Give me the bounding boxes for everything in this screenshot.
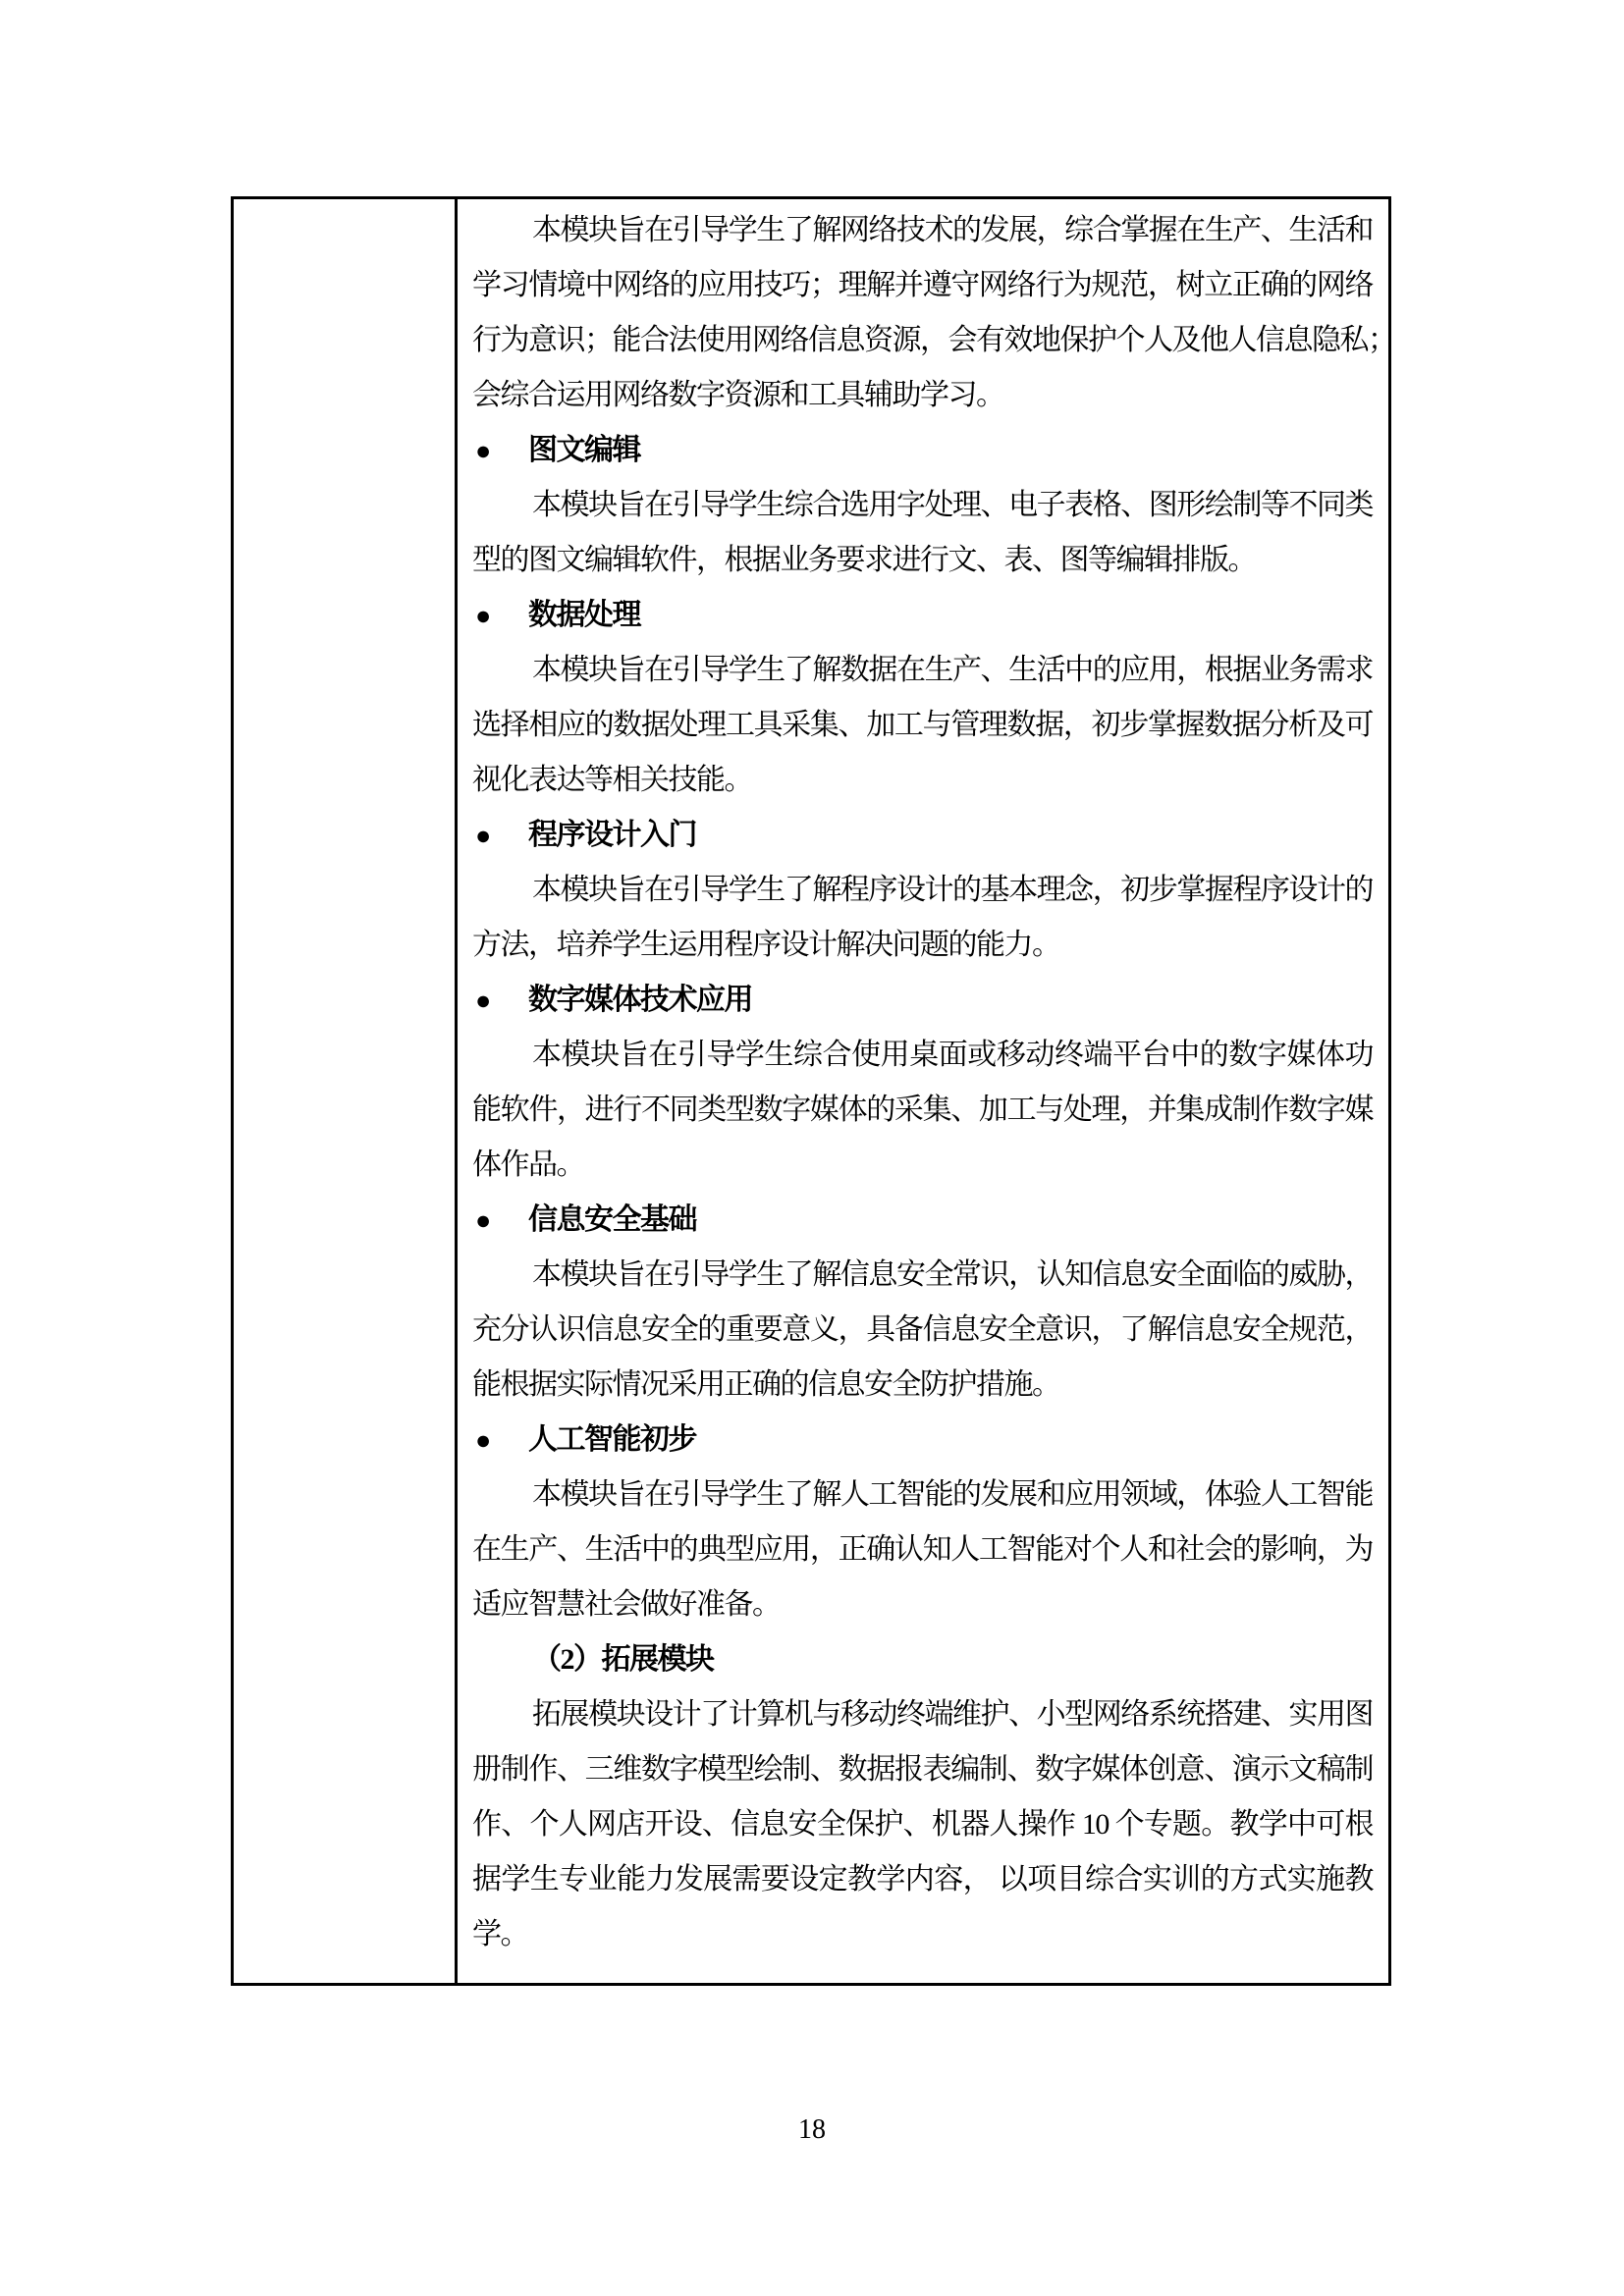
paragraph-line: 方法，培养学生运用程序设计解决问题的能力。	[472, 918, 1373, 973]
paragraph-line: 作、个人网店开设、信息安全保护、机器人操作 10 个专题。教学中可根	[472, 1797, 1373, 1852]
table-main-cell: 本模块旨在引导学生了解网络技术的发展，综合掌握在生产、生活和学习情境中网络的应用…	[458, 199, 1388, 1983]
table-left-cell	[234, 199, 458, 1983]
paragraph-line: 充分认识信息安全的重要意义，具备信息安全意识，了解信息安全规范，	[472, 1303, 1373, 1358]
bullet-item: ●图文编辑	[472, 423, 1373, 478]
paragraph-line: 本模块旨在引导学生综合使用桌面或移动终端平台中的数字媒体功	[472, 1028, 1373, 1083]
paragraph-line: 本模块旨在引导学生了解程序设计的基本理念，初步掌握程序设计的	[472, 863, 1373, 918]
bullet-icon: ●	[472, 808, 528, 863]
paragraph-line: 本模块旨在引导学生了解数据在生产、生活中的应用，根据业务需求	[472, 643, 1373, 698]
page-number: 18	[0, 2112, 1624, 2148]
bullet-icon: ●	[472, 423, 528, 478]
paragraph-line: 会综合运用网络数字资源和工具辅助学习。	[472, 368, 1373, 423]
paragraph-line: 学。	[472, 1907, 1373, 1962]
paragraph-line: 本模块旨在引导学生综合选用字处理、电子表格、图形绘制等不同类	[472, 478, 1373, 533]
bullet-icon: ●	[472, 973, 528, 1028]
paragraph-line: 选择相应的数据处理工具采集、加工与管理数据，初步掌握数据分析及可	[472, 698, 1373, 753]
paragraph-line: 册制作、三维数字模型绘制、数据报表编制、数字媒体创意、演示文稿制	[472, 1742, 1373, 1797]
bullet-label: 人工智能初步	[528, 1423, 696, 1456]
bullet-icon: ●	[472, 588, 528, 643]
bullet-label: 程序设计入门	[528, 819, 696, 851]
paragraph-line: 型的图文编辑软件，根据业务要求进行文、表、图等编辑排版。	[472, 533, 1373, 588]
paragraph-line: 行为意识；能合法使用网络信息资源，会有效地保护个人及他人信息隐私；	[472, 313, 1373, 368]
paragraph-line: 本模块旨在引导学生了解网络技术的发展，综合掌握在生产、生活和	[472, 203, 1373, 258]
bullet-item: ●程序设计入门	[472, 808, 1373, 863]
bullet-label: 信息安全基础	[528, 1203, 696, 1236]
section-heading: （2）拓展模块	[472, 1632, 1373, 1687]
paragraph-line: 适应智慧社会做好准备。	[472, 1577, 1373, 1632]
bullet-icon: ●	[472, 1413, 528, 1468]
bullet-item: ●数字媒体技术应用	[472, 973, 1373, 1028]
paragraph-line: 拓展模块设计了计算机与移动终端维护、小型网络系统搭建、实用图	[472, 1687, 1373, 1742]
paragraph-line: 学习情境中网络的应用技巧；理解并遵守网络行为规范，树立正确的网络	[472, 258, 1373, 313]
paragraph-line: 体作品。	[472, 1138, 1373, 1193]
paragraph-line: 能软件，进行不同类型数字媒体的采集、加工与处理，并集成制作数字媒	[472, 1083, 1373, 1138]
paragraph-line: 能根据实际情况采用正确的信息安全防护措施。	[472, 1358, 1373, 1413]
bullet-label: 数字媒体技术应用	[528, 984, 752, 1016]
paragraph-line: 在生产、生活中的典型应用，正确认知人工智能对个人和社会的影响，为	[472, 1522, 1373, 1577]
document-table: 本模块旨在引导学生了解网络技术的发展，综合掌握在生产、生活和学习情境中网络的应用…	[231, 196, 1391, 1986]
bullet-item: ●数据处理	[472, 588, 1373, 643]
paragraph-line: 视化表达等相关技能。	[472, 753, 1373, 808]
bullet-item: ●人工智能初步	[472, 1413, 1373, 1468]
bullet-item: ●信息安全基础	[472, 1193, 1373, 1248]
bullet-label: 图文编辑	[528, 434, 640, 466]
paragraph-line: 本模块旨在引导学生了解信息安全常识，认知信息安全面临的威胁，	[472, 1248, 1373, 1303]
paragraph-line: 据学生专业能力发展需要设定教学内容， 以项目综合实训的方式实施教	[472, 1852, 1373, 1907]
bullet-icon: ●	[472, 1193, 528, 1248]
bullet-label: 数据处理	[528, 599, 640, 631]
paragraph-line: 本模块旨在引导学生了解人工智能的发展和应用领域，体验人工智能	[472, 1468, 1373, 1522]
